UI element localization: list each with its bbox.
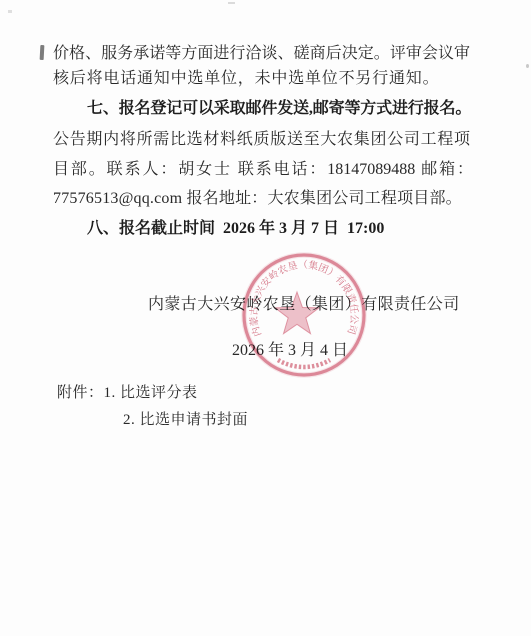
body-line-4: 公告期内将所需比选材料纸质版送至大农集团公司工程项 (53, 130, 470, 149)
body-line-2: 核后将电话通知中选单位，未中选单位不另行通知。 (53, 69, 439, 88)
contact-info-line: 目部。联系人：胡女士 联系电话：18147089488 邮箱： (53, 160, 473, 179)
body-line-1: 价格、服务承诺等方面进行洽谈、磋商后决定。评审会议审 (53, 44, 470, 63)
section-7-heading-line: 七、报名登记可以采取邮件发送,邮寄等方式进行报名。 (87, 99, 471, 118)
email-address-line: 77576513@qq.com 报名地址：大农集团公司工程项目部。 (53, 189, 462, 208)
seal-graphic: 内蒙古大兴安岭农垦（集团）有限责任公司 (244, 255, 364, 375)
seal-code-marks (278, 360, 330, 367)
scan-artifact (8, 10, 12, 13)
attachment-line-1: 附件：1. 比选评分表 (57, 384, 198, 403)
scan-artifact (228, 2, 235, 4)
official-seal-stamp: 内蒙古大兴安岭农垦（集团）有限责任公司 (234, 245, 374, 385)
seal-star-icon (275, 292, 319, 334)
scan-artifact (40, 45, 45, 60)
deadline-line: 八、报名截止时间 2026 年 3 月 7 日 17:00 (87, 219, 384, 238)
document-page: 价格、服务承诺等方面进行洽谈、磋商后决定。评审会议审 核后将电话通知中选单位，未… (0, 0, 531, 636)
scan-artifact (526, 64, 529, 68)
attachment-line-2: 2. 比选申请书封面 (123, 411, 248, 430)
